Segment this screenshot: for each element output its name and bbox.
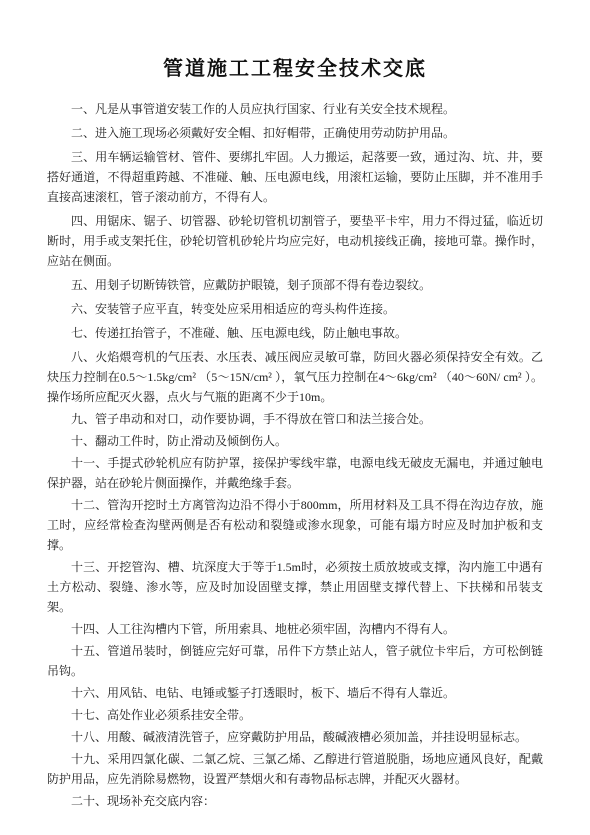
clause-item-11: 十一、手提式砂轮机应有防护罩，接保护零线牢靠，电源电线无破皮无漏电，并通过触电保… xyxy=(47,453,543,493)
clause-item-16: 十六、用风钻、电钻、电锤或錾子打透眼时，板下、墙后不得有人靠近。 xyxy=(47,683,543,703)
clause-item-5: 五、用刬子切断铸铁管，应戴防护眼镜，刬子顶部不得有卷边裂纹。 xyxy=(47,275,543,295)
clause-item-20: 二十、现场补充交底内容： xyxy=(47,791,543,811)
clause-item-8: 八、火焰煨弯机的气压表、水压表、减压阀应灵敏可靠，防回火器必须保持安全有效。乙炔… xyxy=(47,347,543,407)
clause-item-12: 十二、管沟开挖时土方离管沟边沿不得小于800mm，所用材料及工具不得在沟边存放，… xyxy=(47,495,543,555)
clause-item-18: 十八、用酸、碱液清洗管子，应穿戴防护用品，酸碱液槽必须加盖，并挂设明显标志。 xyxy=(47,727,543,747)
clause-item-17: 十七、高处作业必须系挂安全带。 xyxy=(47,705,543,725)
clause-item-14: 十四、人工往沟槽内下管，所用索具、地桩必须牢固，沟槽内不得有人。 xyxy=(47,619,543,639)
clause-item-3: 三、用车辆运输管材、管件、要绑扎牢固。人力搬运，起落要一致，通过沟、坑、井，要搭… xyxy=(47,147,543,207)
clause-item-4: 四、用锯床、锯子、切管器、砂轮切管机切割管子，要垫平卡牢，用力不得过猛，临近切断… xyxy=(47,211,543,271)
clause-item-13: 十三、开挖管沟、槽、坑深度大于等于1.5m时，必须按土质放坡或支撑，沟内施工中遇… xyxy=(47,557,543,617)
clause-item-10: 十、翻动工件时，防止滑动及倾倒伤人。 xyxy=(47,431,543,451)
page-title: 管道施工工程安全技术交底 xyxy=(47,52,543,81)
clause-item-2: 二、进入施工现场必须戴好安全帽、扣好帽带，正确使用劳动防护用品。 xyxy=(47,123,543,143)
clause-item-7: 七、传递扛抬管子，不准碰、触、压电源电线，防止触电事故。 xyxy=(47,323,543,343)
clause-item-19: 十九、采用四氯化碳、二氯乙烷、三氯乙烯、乙醇进行管道脱脂，场地应通风良好，配戴防… xyxy=(47,749,543,789)
clause-item-1: 一、凡是从事管道安装工作的人员应执行国家、行业有关安全技术规程。 xyxy=(47,99,543,119)
clause-item-9: 九、管子串动和对口，动作要协调，手不得放在管口和法兰接合处。 xyxy=(47,409,543,429)
clause-item-15: 十五、管道吊装时，倒链应完好可靠，吊件下方禁止站人，管子就位卡牢后，方可松倒链吊… xyxy=(47,641,543,681)
document-page: 管道施工工程安全技术交底 一、凡是从事管道安装工作的人员应执行国家、行业有关安全… xyxy=(0,0,590,835)
clause-list: 一、凡是从事管道安装工作的人员应执行国家、行业有关安全技术规程。 二、进入施工现… xyxy=(47,99,543,811)
clause-item-6: 六、安装管子应平直，转变处应采用相适应的弯头构件连接。 xyxy=(47,299,543,319)
